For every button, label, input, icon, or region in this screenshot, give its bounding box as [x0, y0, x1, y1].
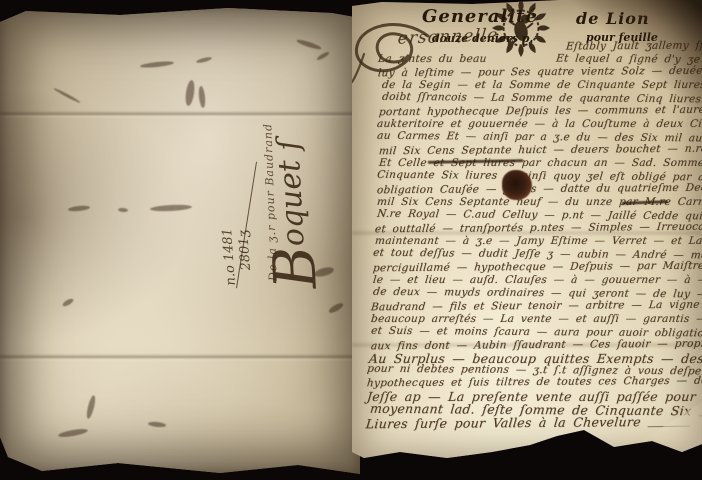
page-vignette	[352, 0, 702, 462]
manuscript-scan: n.o 1481 2801ʒ De la ʒ.r pour Baudrand B…	[0, 0, 702, 480]
right-page-recto: Generalité douze deniers p. de Lion pour…	[352, 0, 702, 462]
page-vignette	[0, 6, 360, 474]
left-page-verso: n.o 1481 2801ʒ De la ʒ.r pour Baudrand B…	[0, 6, 360, 474]
